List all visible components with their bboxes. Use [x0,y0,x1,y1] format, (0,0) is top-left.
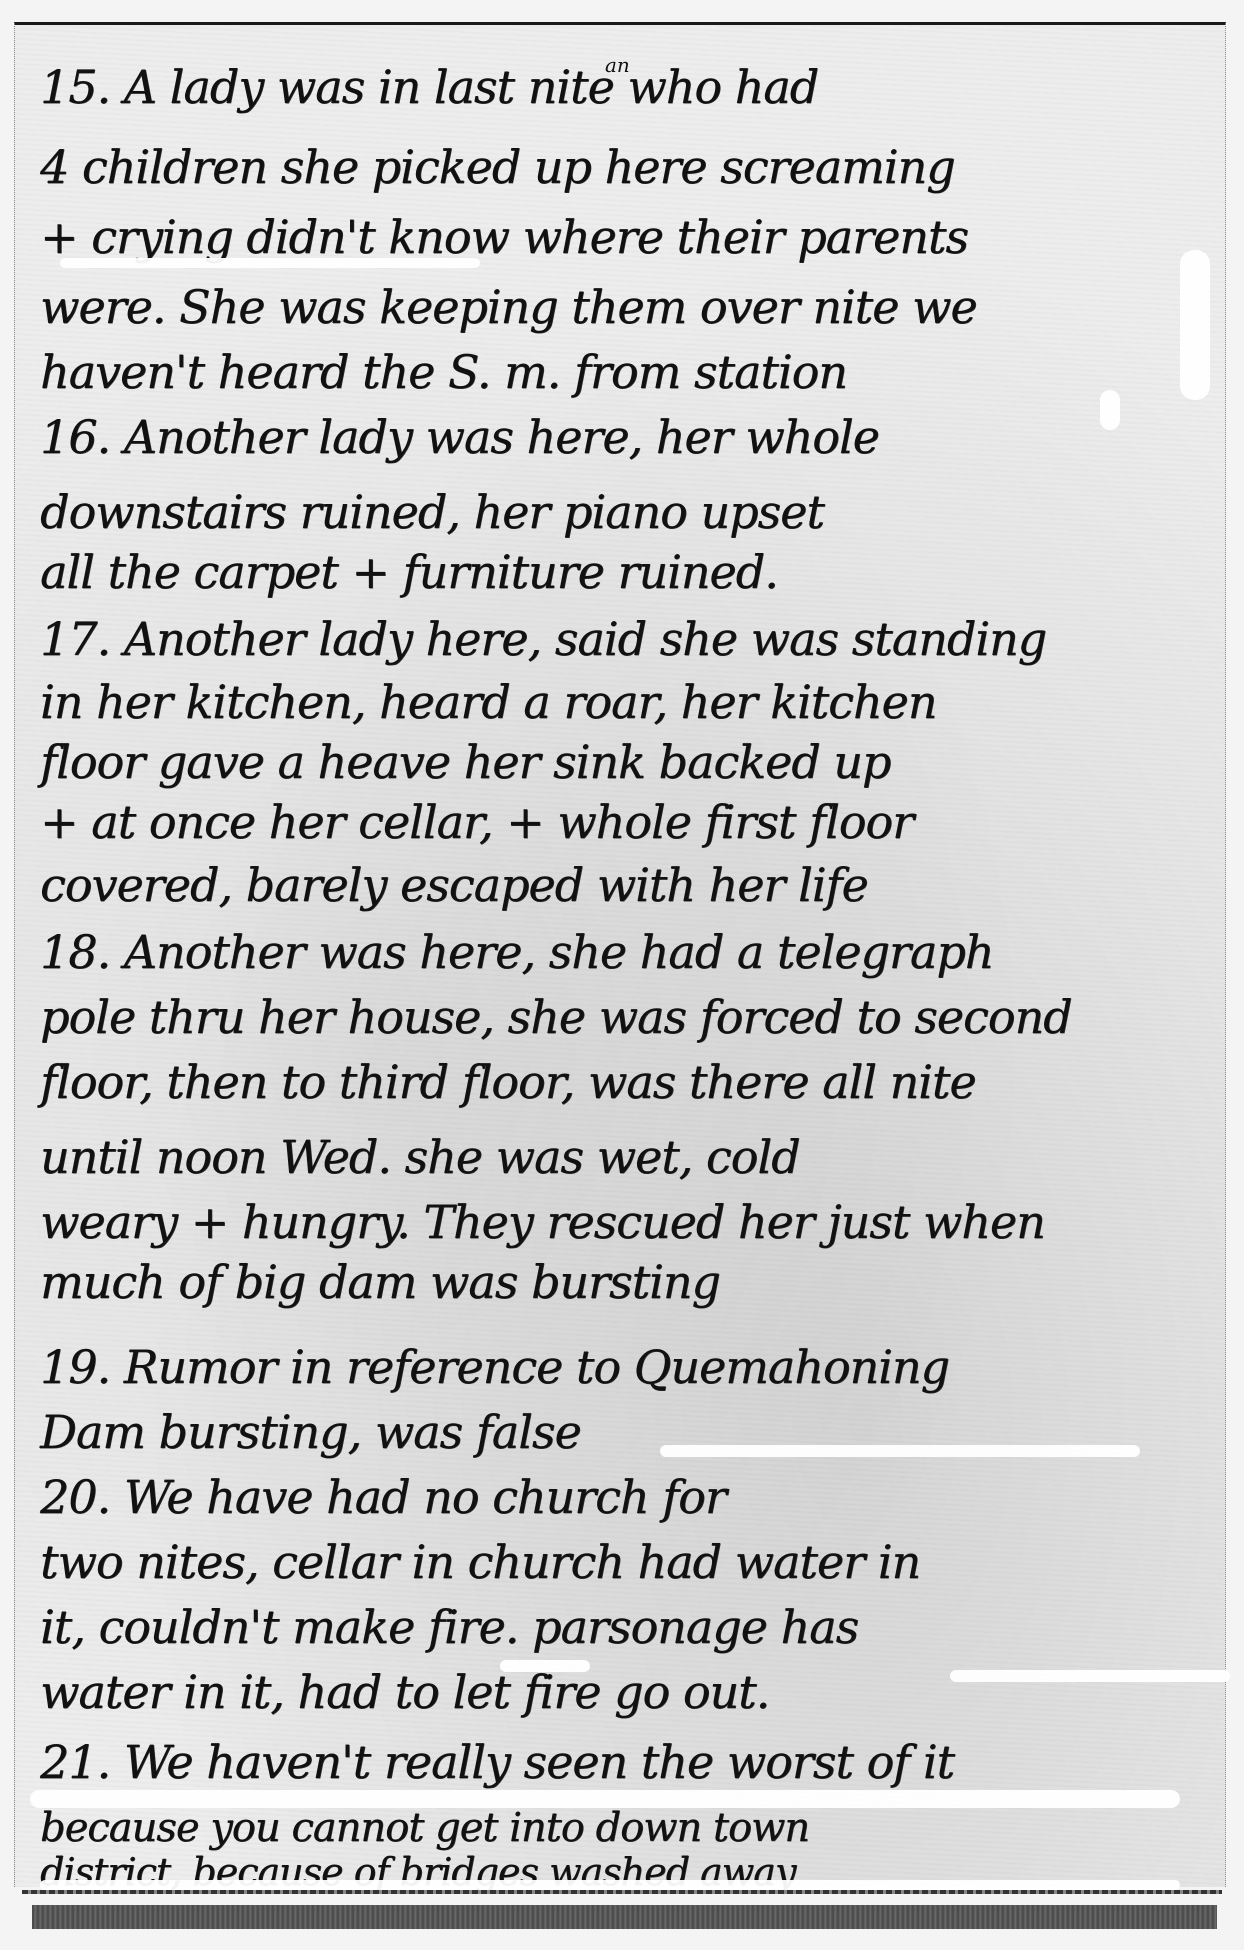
entry-15-line-1: 15. A lady was in last nite who had [40,60,818,114]
entry-20-line-1: 20. We have had no church for [40,1470,726,1524]
entry-18-line-2: pole thru her house, she was forced to s… [40,990,1072,1044]
entry-20-line-3: it, couldn't make fire. parsonage has [40,1600,858,1654]
page-bottom-rule [22,1890,1222,1894]
entry-15-line-4: were. She was keeping them over nite we [40,280,977,334]
whiteout-mark [1100,390,1120,430]
whiteout-mark [660,1445,1140,1457]
entry-20-line-4: water in it, had to let fire go out. [40,1665,769,1719]
entry-18-line-4: until noon Wed. she was wet, cold [40,1130,800,1184]
entry-16-line-2: downstairs ruined, her piano upset [40,485,824,539]
entry-20-line-2: two nites, cellar in church had water in [40,1535,920,1589]
entry-17-line-3: floor gave a heave her sink backed up [40,735,890,789]
entry-21-line-1: 21. We haven't really seen the worst of … [40,1735,954,1789]
entry-21-line-2: because you cannot get into down town [40,1805,809,1851]
entry-18-line-1: 18. Another was here, she had a telegrap… [40,925,993,979]
entry-18-line-6: much of big dam was bursting [40,1255,720,1309]
entry-15-line-3: + crying didn't know where their parents [40,210,968,264]
entry-19-line-2: Dam bursting, was false [40,1405,581,1459]
whiteout-mark [1180,250,1210,400]
whiteout-mark [60,258,480,268]
whiteout-mark [950,1670,1230,1682]
whiteout-mark [500,1660,590,1672]
entry-17-line-4: + at once her cellar, + whole first floo… [40,795,913,849]
entry-15-line-5: haven't heard the S. m. from station [40,345,847,399]
entry-18-line-5: weary + hungry. They rescued her just wh… [40,1195,1045,1249]
whiteout-mark [30,1790,1180,1808]
entry-17-line-2: in her kitchen, heard a roar, her kitche… [40,675,936,729]
entry-16-line-3: all the carpet + furniture ruined. [40,545,778,599]
entry-16-line-1: 16. Another lady was here, her whole [40,410,879,464]
whiteout-mark [40,1880,1180,1890]
page-bottom-shadow [32,1905,1217,1929]
entry-19-line-1: 19. Rumor in reference to Quemahoning [40,1340,949,1394]
entry-15-line-2: 4 children she picked up here screaming [40,140,955,194]
entry-18-line-3: floor, then to third floor, was there al… [40,1055,976,1109]
entry-17-line-1: 17. Another lady here, said she was stan… [40,612,1046,666]
entry-17-line-5: covered, barely escaped with her life [40,858,868,912]
